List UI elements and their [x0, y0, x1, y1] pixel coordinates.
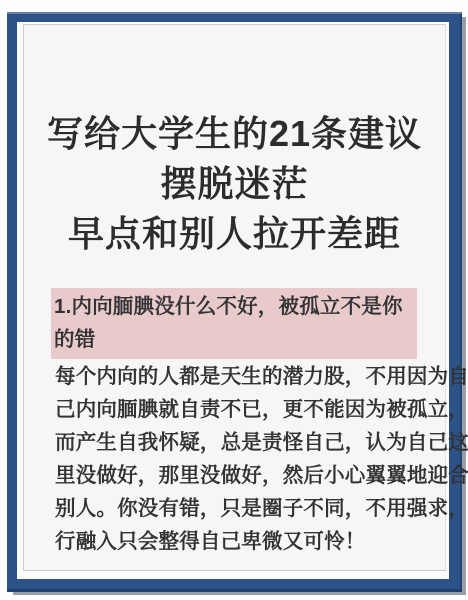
frame-inner-margin: 写给大学生的21条建议 摆脱迷茫 早点和别人拉开差距 1.内向腼腆没什么不好，被…: [17, 22, 449, 579]
photo-frame: 写给大学生的21条建议 摆脱迷茫 早点和别人拉开差距 1.内向腼腆没什么不好，被…: [7, 12, 462, 592]
body-line-4: 里没做好，那里没做好，然后小心翼翼地迎合: [55, 459, 417, 492]
note-page: 写给大学生的21条建议 摆脱迷茫 早点和别人拉开差距 1.内向腼腆没什么不好，被…: [23, 24, 446, 571]
body-line-2: 己内向腼腆就自责不已，更不能因为被孤立，: [55, 393, 417, 426]
body-line-6: 行融入只会整得自己卑微又可怜！: [55, 525, 417, 558]
title-line-2: 摆脱迷茫: [24, 159, 445, 209]
poster-image: 写给大学生的21条建议 摆脱迷茫 早点和别人拉开差距 1.内向腼腆没什么不好，被…: [0, 0, 468, 600]
body-line-5: 别人。你没有错，只是圈子不同，不用强求，强: [55, 492, 417, 525]
section-heading-highlight: 1.内向腼腆没什么不好，被孤立不是你的错: [51, 288, 417, 359]
body-paragraph: 1.内向腼腆没什么不好，被孤立不是你的错 每个内向的人都是天生的潜力股，不用因为…: [24, 288, 445, 558]
page-title: 写给大学生的21条建议 摆脱迷茫 早点和别人拉开差距: [24, 109, 445, 259]
body-line-3: 而产生自我怀疑，总是责怪自己，认为自己这: [55, 426, 417, 459]
title-line-3: 早点和别人拉开差距: [24, 209, 445, 259]
section-heading: 1.内向腼腆没什么不好，被孤立不是你的错: [55, 288, 417, 359]
title-line-1: 写给大学生的21条建议: [24, 109, 445, 159]
body-line-1: 每个内向的人都是天生的潜力股，不用因为自: [55, 360, 417, 393]
